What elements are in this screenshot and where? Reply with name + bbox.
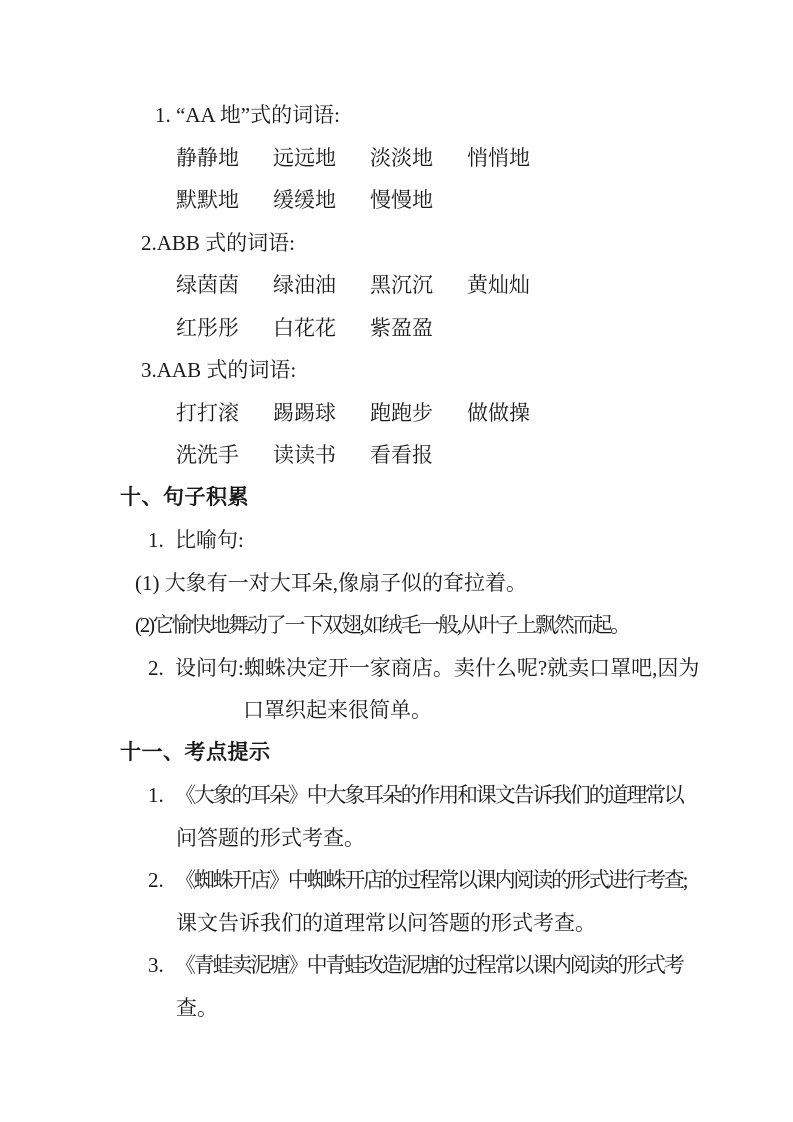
word-item: 读读书 [273, 434, 370, 477]
text-line: 口罩织起来很简单。 [0, 689, 793, 732]
word-item: 黑沉沉 [370, 264, 467, 307]
text-line: 3.AAB 式的词语: [0, 349, 793, 392]
list-text: 《青蛙卖泥塘》中青蛙改造泥塘的过程常以课内阅读的形式考 [175, 953, 683, 977]
list-number: 1. [148, 774, 175, 817]
document-body: 1. “AA 地”式的词语:静静地远远地淡淡地悄悄地默默地缓缓地慢慢地2.ABB… [0, 0, 793, 1029]
section-heading: 十、句子积累 [0, 477, 793, 520]
word-item: 绿茵茵 [176, 264, 273, 307]
word-item: 远远地 [273, 137, 370, 180]
text-line: 查。 [0, 987, 793, 1030]
word-item: 绿油油 [273, 264, 370, 307]
text-line: 问答题的形式考查。 [0, 817, 793, 860]
word-item: 看看报 [370, 434, 433, 477]
word-item: 缓缓地 [273, 179, 370, 222]
list-text: 《大象的耳朵》中大象耳朵的作用和课文告诉我们的道理常以 [175, 783, 683, 807]
text-line: 静静地远远地淡淡地悄悄地 [0, 137, 793, 180]
word-item: 踢踢球 [273, 392, 370, 435]
list-number: 2. [148, 859, 175, 902]
document-page: 1. “AA 地”式的词语:静静地远远地淡淡地悄悄地默默地缓缓地慢慢地2.ABB… [0, 0, 793, 1122]
list-text: 《蜘蛛开店》中蜘蛛开店的过程常以课内阅读的形式进行考查; [175, 868, 686, 892]
list-text: 设问句:蜘蛛决定开一家商店。卖什么呢?就卖口罩吧,因为 [175, 656, 699, 680]
text-line: 1. “AA 地”式的词语: [0, 94, 793, 137]
word-item: 做做操 [467, 392, 530, 435]
text-line: 绿茵茵绿油油黑沉沉黄灿灿 [0, 264, 793, 307]
word-item: 洗洗手 [176, 434, 273, 477]
text-line: (2)它愉快地舞动了一下双翅,如绒毛一般,从叶子上飘然而起。 [0, 604, 793, 647]
text-line: 2.ABB 式的词语: [0, 222, 793, 265]
text-line: 课文告诉我们的道理常以问答题的形式考查。 [0, 902, 793, 945]
word-item: 跑跑步 [370, 392, 467, 435]
section-heading: 十一、考点提示 [0, 732, 793, 775]
text-line: 3.《青蛙卖泥塘》中青蛙改造泥塘的过程常以课内阅读的形式考 [0, 944, 793, 987]
text-line: 2.设问句:蜘蛛决定开一家商店。卖什么呢?就卖口罩吧,因为 [0, 647, 793, 690]
word-item: 打打滚 [176, 392, 273, 435]
word-item: 紫盈盈 [370, 307, 433, 350]
text-line: (1) 大象有一对大耳朵,像扇子似的耷拉着。 [0, 562, 793, 605]
list-number: 1. [148, 519, 175, 562]
text-line: 1.《大象的耳朵》中大象耳朵的作用和课文告诉我们的道理常以 [0, 774, 793, 817]
word-item: 黄灿灿 [467, 264, 530, 307]
text-line: 1.比喻句: [0, 519, 793, 562]
list-number: 3. [148, 944, 175, 987]
text-line: 打打滚踢踢球跑跑步做做操 [0, 392, 793, 435]
word-item: 红彤彤 [176, 307, 273, 350]
word-item: 白花花 [273, 307, 370, 350]
word-item: 淡淡地 [370, 137, 467, 180]
text-line: 红彤彤白花花紫盈盈 [0, 307, 793, 350]
word-item: 静静地 [176, 137, 273, 180]
text-line: 2.《蜘蛛开店》中蜘蛛开店的过程常以课内阅读的形式进行考查; [0, 859, 793, 902]
text-line: 洗洗手读读书看看报 [0, 434, 793, 477]
word-item: 悄悄地 [467, 137, 530, 180]
text-line: 默默地缓缓地慢慢地 [0, 179, 793, 222]
word-item: 慢慢地 [370, 179, 433, 222]
word-item: 默默地 [176, 179, 273, 222]
list-number: 2. [148, 647, 175, 690]
list-text: 比喻句: [175, 528, 244, 552]
